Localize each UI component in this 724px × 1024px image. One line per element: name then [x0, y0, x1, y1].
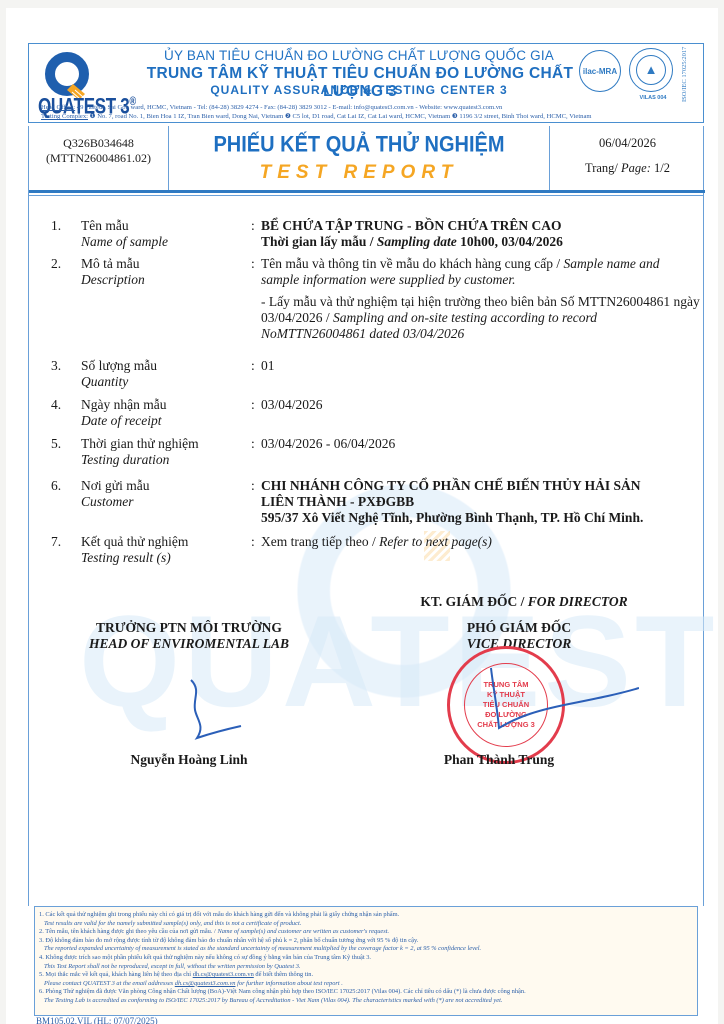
report-date: 06/04/2026 — [550, 136, 705, 151]
record-code: (MTTN26004861.02) — [29, 151, 168, 166]
report-date-page: 06/04/2026 Trang/ Page: 1/2 — [549, 126, 705, 190]
title-block: Q326B034648 (MTTN26004861.02) PHIẾU KẾT … — [28, 126, 704, 196]
boa-accreditation-badge-icon: ▲ — [629, 48, 673, 92]
footer-notes: 1. Các kết quả thử nghiệm ghi trong phiế… — [34, 906, 698, 1016]
right-signatory-name: Phan Thành Trung — [399, 752, 599, 768]
report-codes: Q326B034648 (MTTN26004861.02) — [29, 126, 169, 190]
left-signatory-name: Nguyễn Hoàng Linh — [89, 752, 289, 768]
note-4: 4. Không được trích sao một phần phiếu k… — [39, 954, 693, 971]
director-heading: KT. GIÁM ĐỐC / FOR DIRECTOR — [409, 594, 639, 610]
vilas-label: VILAS 004 — [633, 95, 673, 101]
report-body: QUATEST 1. Tên mẫuName of sample : BỂ CH… — [28, 196, 704, 906]
note-6: 6. Phòng Thử nghiệm đã được Văn phòng Cô… — [39, 988, 693, 1005]
ministry-name: ỦY BAN TIÊU CHUẨN ĐO LƯỜNG CHẤT LƯỢNG QU… — [159, 48, 559, 63]
page-number: Trang/ Page: 1/2 — [550, 161, 705, 176]
head-office-line: Head Office: 49 Pasteur, Sai Gon ward, H… — [41, 104, 502, 111]
note-2: 2. Tên mẫu, tên khách hàng được ghi theo… — [39, 928, 693, 937]
testing-complex-line: Testing Complex: ❶ No. 7, road No. 1, Bi… — [41, 112, 592, 120]
contact-email-link[interactable]: dh.cs@quatest3.com.vn — [193, 971, 254, 978]
ilac-mra-badge-icon: ilac-MRA — [579, 50, 621, 92]
report-title-en: TEST REPORT — [169, 162, 549, 184]
iso-standard-label: ISO/IEC 17025:2017 — [681, 46, 695, 102]
letterhead: QUATEST 3® ỦY BAN TIÊU CHUẨN ĐO LƯỜNG CH… — [28, 43, 704, 123]
report-title-vi: PHIẾU KẾT QUẢ THỬ NGHIỆM — [169, 133, 549, 158]
right-signature-icon — [469, 666, 639, 746]
report-code: Q326B034648 — [29, 136, 168, 151]
left-signature-icon — [179, 676, 259, 746]
form-code: BM105.02.VIL (HL: 07/07/2025) — [36, 1016, 158, 1024]
contact-email-link-en[interactable]: dh.cs@quatest3.com.vn — [175, 980, 236, 987]
note-3: 3. Độ không đảm bảo đo mở rộng được tính… — [39, 937, 693, 954]
title-divider — [29, 190, 705, 193]
note-5: 5. Mọi thắc mắc về kết quả, khách hàng l… — [39, 971, 693, 988]
center-name-en: QUALITY ASSURANCE & TESTING CENTER 3 — [159, 83, 559, 97]
left-signatory-title: TRƯỞNG PTN MÔI TRƯỜNG HEAD OF ENVIROMENT… — [89, 620, 289, 652]
note-1: 1. Các kết quả thử nghiệm ghi trong phiế… — [39, 911, 693, 928]
